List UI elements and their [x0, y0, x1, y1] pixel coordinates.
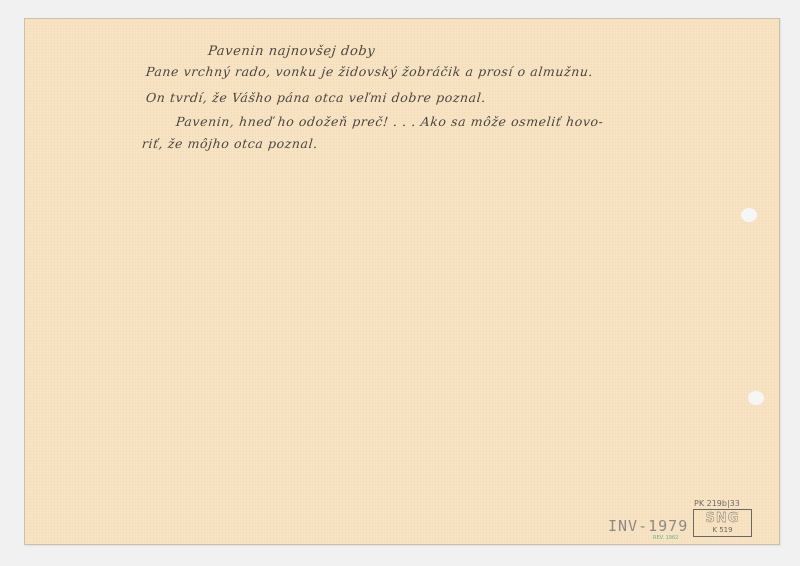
document-title: Pavenin najnovšej doby	[207, 44, 376, 59]
sng-mark: SNG	[694, 511, 751, 526]
inventory-number-stamp: INV-1979	[608, 517, 688, 535]
revision-note: REV. 1962	[653, 535, 678, 541]
punch-hole-bottom	[748, 391, 764, 405]
text-line-2: On tvrdí, že Vášho pána otca veľmi dobre…	[145, 90, 487, 105]
text-line-4: riť, že môjho otca poznal.	[141, 136, 318, 151]
text-line-1: Pane vrchný rado, vonku je židovský žobr…	[145, 64, 594, 79]
pk-number: PK 219b|33	[694, 499, 740, 508]
k-number: K 519	[694, 526, 751, 534]
punch-hole-top	[741, 208, 757, 222]
text-line-3: Pavenin, hneď ho odožeň preč! . . . Ako …	[175, 114, 604, 129]
sng-collection-stamp: SNG K 519	[693, 509, 752, 537]
